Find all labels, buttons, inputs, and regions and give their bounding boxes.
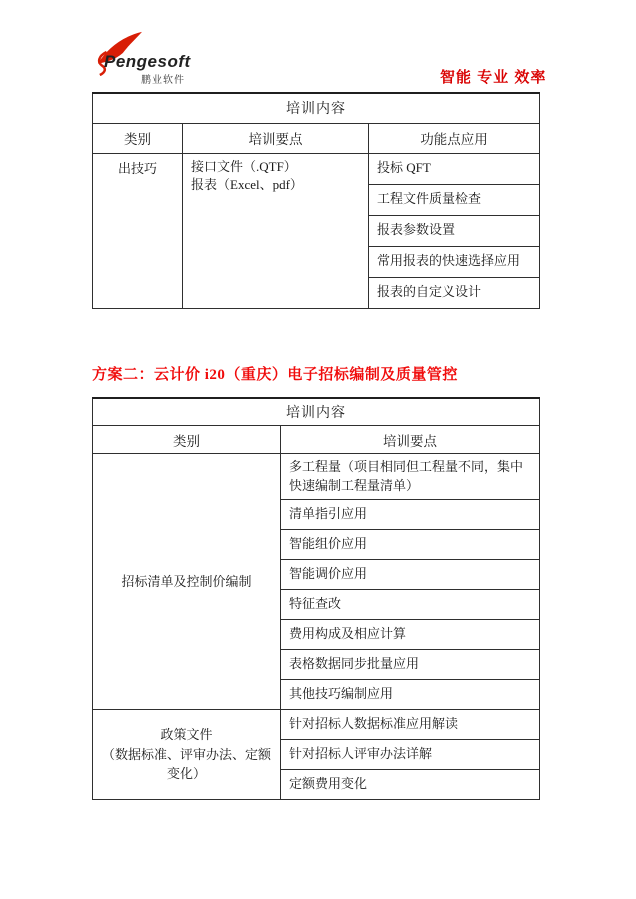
function-cell: 工程文件质量检查 xyxy=(369,184,540,215)
table2-col-points: 培训要点 xyxy=(281,426,540,454)
point-cell: 清单指引应用 xyxy=(281,500,540,530)
table2-category-cell: 招标清单及控制价编制 xyxy=(93,454,281,710)
pengesoft-logo: Pengesoft 鹏业软件 xyxy=(93,28,223,86)
point-cell: 定额费用变化 xyxy=(281,770,540,800)
table1-header-row: 类别 培训要点 功能点应用 xyxy=(93,123,540,153)
logo-text: Pengesoft xyxy=(104,52,191,72)
brand-slogan: 智能 专业 效率 xyxy=(440,66,546,87)
function-cell: 投标 QFT xyxy=(369,153,540,184)
table-row: 出技巧 接口文件（.QTF） 报表（Excel、pdf） 投标 QFT xyxy=(93,153,540,184)
table2-header-row: 类别 培训要点 xyxy=(93,426,540,454)
document-page: Pengesoft 鹏业软件 智能 专业 效率 培训内容 类别 培训要点 功能点… xyxy=(0,0,636,899)
table1-col-category: 类别 xyxy=(93,123,183,153)
function-cell: 报表参数设置 xyxy=(369,215,540,246)
table2-title-row: 培训内容 xyxy=(93,398,540,426)
point-cell: 其他技巧编制应用 xyxy=(281,680,540,710)
function-cell: 常用报表的快速选择应用 xyxy=(369,246,540,277)
logo-subtext: 鹏业软件 xyxy=(141,71,185,86)
table1-points-cell: 接口文件（.QTF） 报表（Excel、pdf） xyxy=(183,153,369,308)
point-cell: 表格数据同步批量应用 xyxy=(281,650,540,680)
table2-category-cell: 政策文件 （数据标准、评审办法、定额变化） xyxy=(93,710,281,800)
point-cell: 特征查改 xyxy=(281,590,540,620)
point-cell: 费用构成及相应计算 xyxy=(281,620,540,650)
section-heading: 方案二：云计价 i20（重庆）电子招标编制及质量管控 xyxy=(92,363,636,384)
category-line: 政策文件 xyxy=(97,725,276,745)
point-cell: 针对招标人数据标准应用解读 xyxy=(281,710,540,740)
table1-title: 培训内容 xyxy=(93,93,540,123)
table2-title: 培训内容 xyxy=(93,398,540,426)
training-table-1: 培训内容 类别 培训要点 功能点应用 出技巧 接口文件（.QTF） 报表（Exc… xyxy=(92,92,540,309)
function-cell: 报表的自定义设计 xyxy=(369,277,540,308)
table-row: 政策文件 （数据标准、评审办法、定额变化） 针对招标人数据标准应用解读 xyxy=(93,710,540,740)
points-line: 报表（Excel、pdf） xyxy=(191,176,360,195)
table1-col-points: 培训要点 xyxy=(183,123,369,153)
table1-title-row: 培训内容 xyxy=(93,93,540,123)
points-line: 接口文件（.QTF） xyxy=(191,158,360,177)
point-cell: 多工程量（项目相同但工程量不同，集中快速编制工程量清单） xyxy=(281,454,540,500)
point-cell: 智能调价应用 xyxy=(281,560,540,590)
category-line: （数据标准、评审办法、定额变化） xyxy=(97,745,276,784)
training-table-2: 培训内容 类别 培训要点 招标清单及控制价编制 多工程量（项目相同但工程量不同，… xyxy=(92,397,540,801)
table-row: 招标清单及控制价编制 多工程量（项目相同但工程量不同，集中快速编制工程量清单） xyxy=(93,454,540,500)
table2-col-category: 类别 xyxy=(93,426,281,454)
page-header: Pengesoft 鹏业软件 智能 专业 效率 xyxy=(0,0,636,92)
point-cell: 智能组价应用 xyxy=(281,530,540,560)
table1-col-functions: 功能点应用 xyxy=(369,123,540,153)
point-cell: 针对招标人评审办法详解 xyxy=(281,740,540,770)
table1-category-cell: 出技巧 xyxy=(93,153,183,308)
